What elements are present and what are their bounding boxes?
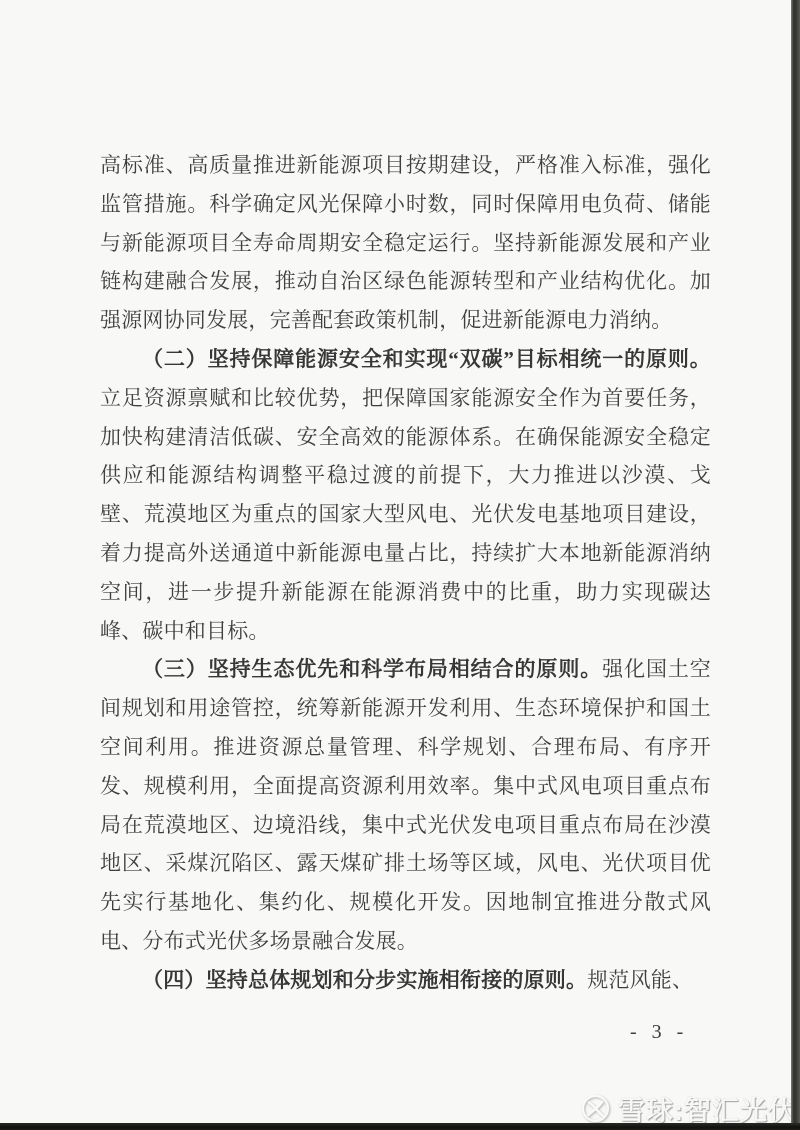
paragraph-text: 高标准、高质量推进新能源项目按期建设，严格准入标准，强化监管措施。科学确定风光保… bbox=[100, 153, 711, 332]
page-number: - 3 - bbox=[630, 1021, 688, 1044]
paragraph-text: 规范风能、 bbox=[587, 968, 693, 992]
scan-edge-right bbox=[791, 0, 800, 1130]
paragraph: （三）坚持生态优先和科学布局相结合的原则。强化国土空间规划和用途管控，统筹新能源… bbox=[100, 650, 711, 960]
paragraph: 高标准、高质量推进新能源项目按期建设，严格准入标准，强化监管措施。科学确定风光保… bbox=[100, 146, 711, 340]
paragraph: （二）坚持保障能源安全和实现“双碳”目标相统一的原则。立足资源禀赋和比较优势，把… bbox=[100, 340, 711, 650]
document-body: 高标准、高质量推进新能源项目按期建设，严格准入标准，强化监管措施。科学确定风光保… bbox=[100, 146, 711, 1000]
document-page: 高标准、高质量推进新能源项目按期建设，严格准入标准，强化监管措施。科学确定风光保… bbox=[0, 0, 800, 1130]
paragraph: （四）坚持总体规划和分步实施相衔接的原则。规范风能、 bbox=[100, 961, 711, 1000]
xueqiu-snowball-icon bbox=[580, 1093, 611, 1124]
paragraph-text: 立足资源禀赋和比较优势，把保障国家能源安全作为首要任务，加快构建清洁低碳、安全高… bbox=[100, 386, 711, 643]
paragraph-text: 强化国土空间规划和用途管控，统筹新能源开发利用、生态环境保护和国土空间利用。推进… bbox=[100, 657, 711, 953]
scan-edge-bottom bbox=[0, 1123, 800, 1130]
paragraph-emphasis: （三）坚持生态优先和科学布局相结合的原则。 bbox=[142, 657, 602, 681]
paragraph-emphasis: （四）坚持总体规划和分步实施相衔接的原则。 bbox=[142, 968, 587, 992]
paragraph-emphasis: （二）坚持保障能源安全和实现“双碳”目标相统一的原则。 bbox=[142, 347, 711, 371]
